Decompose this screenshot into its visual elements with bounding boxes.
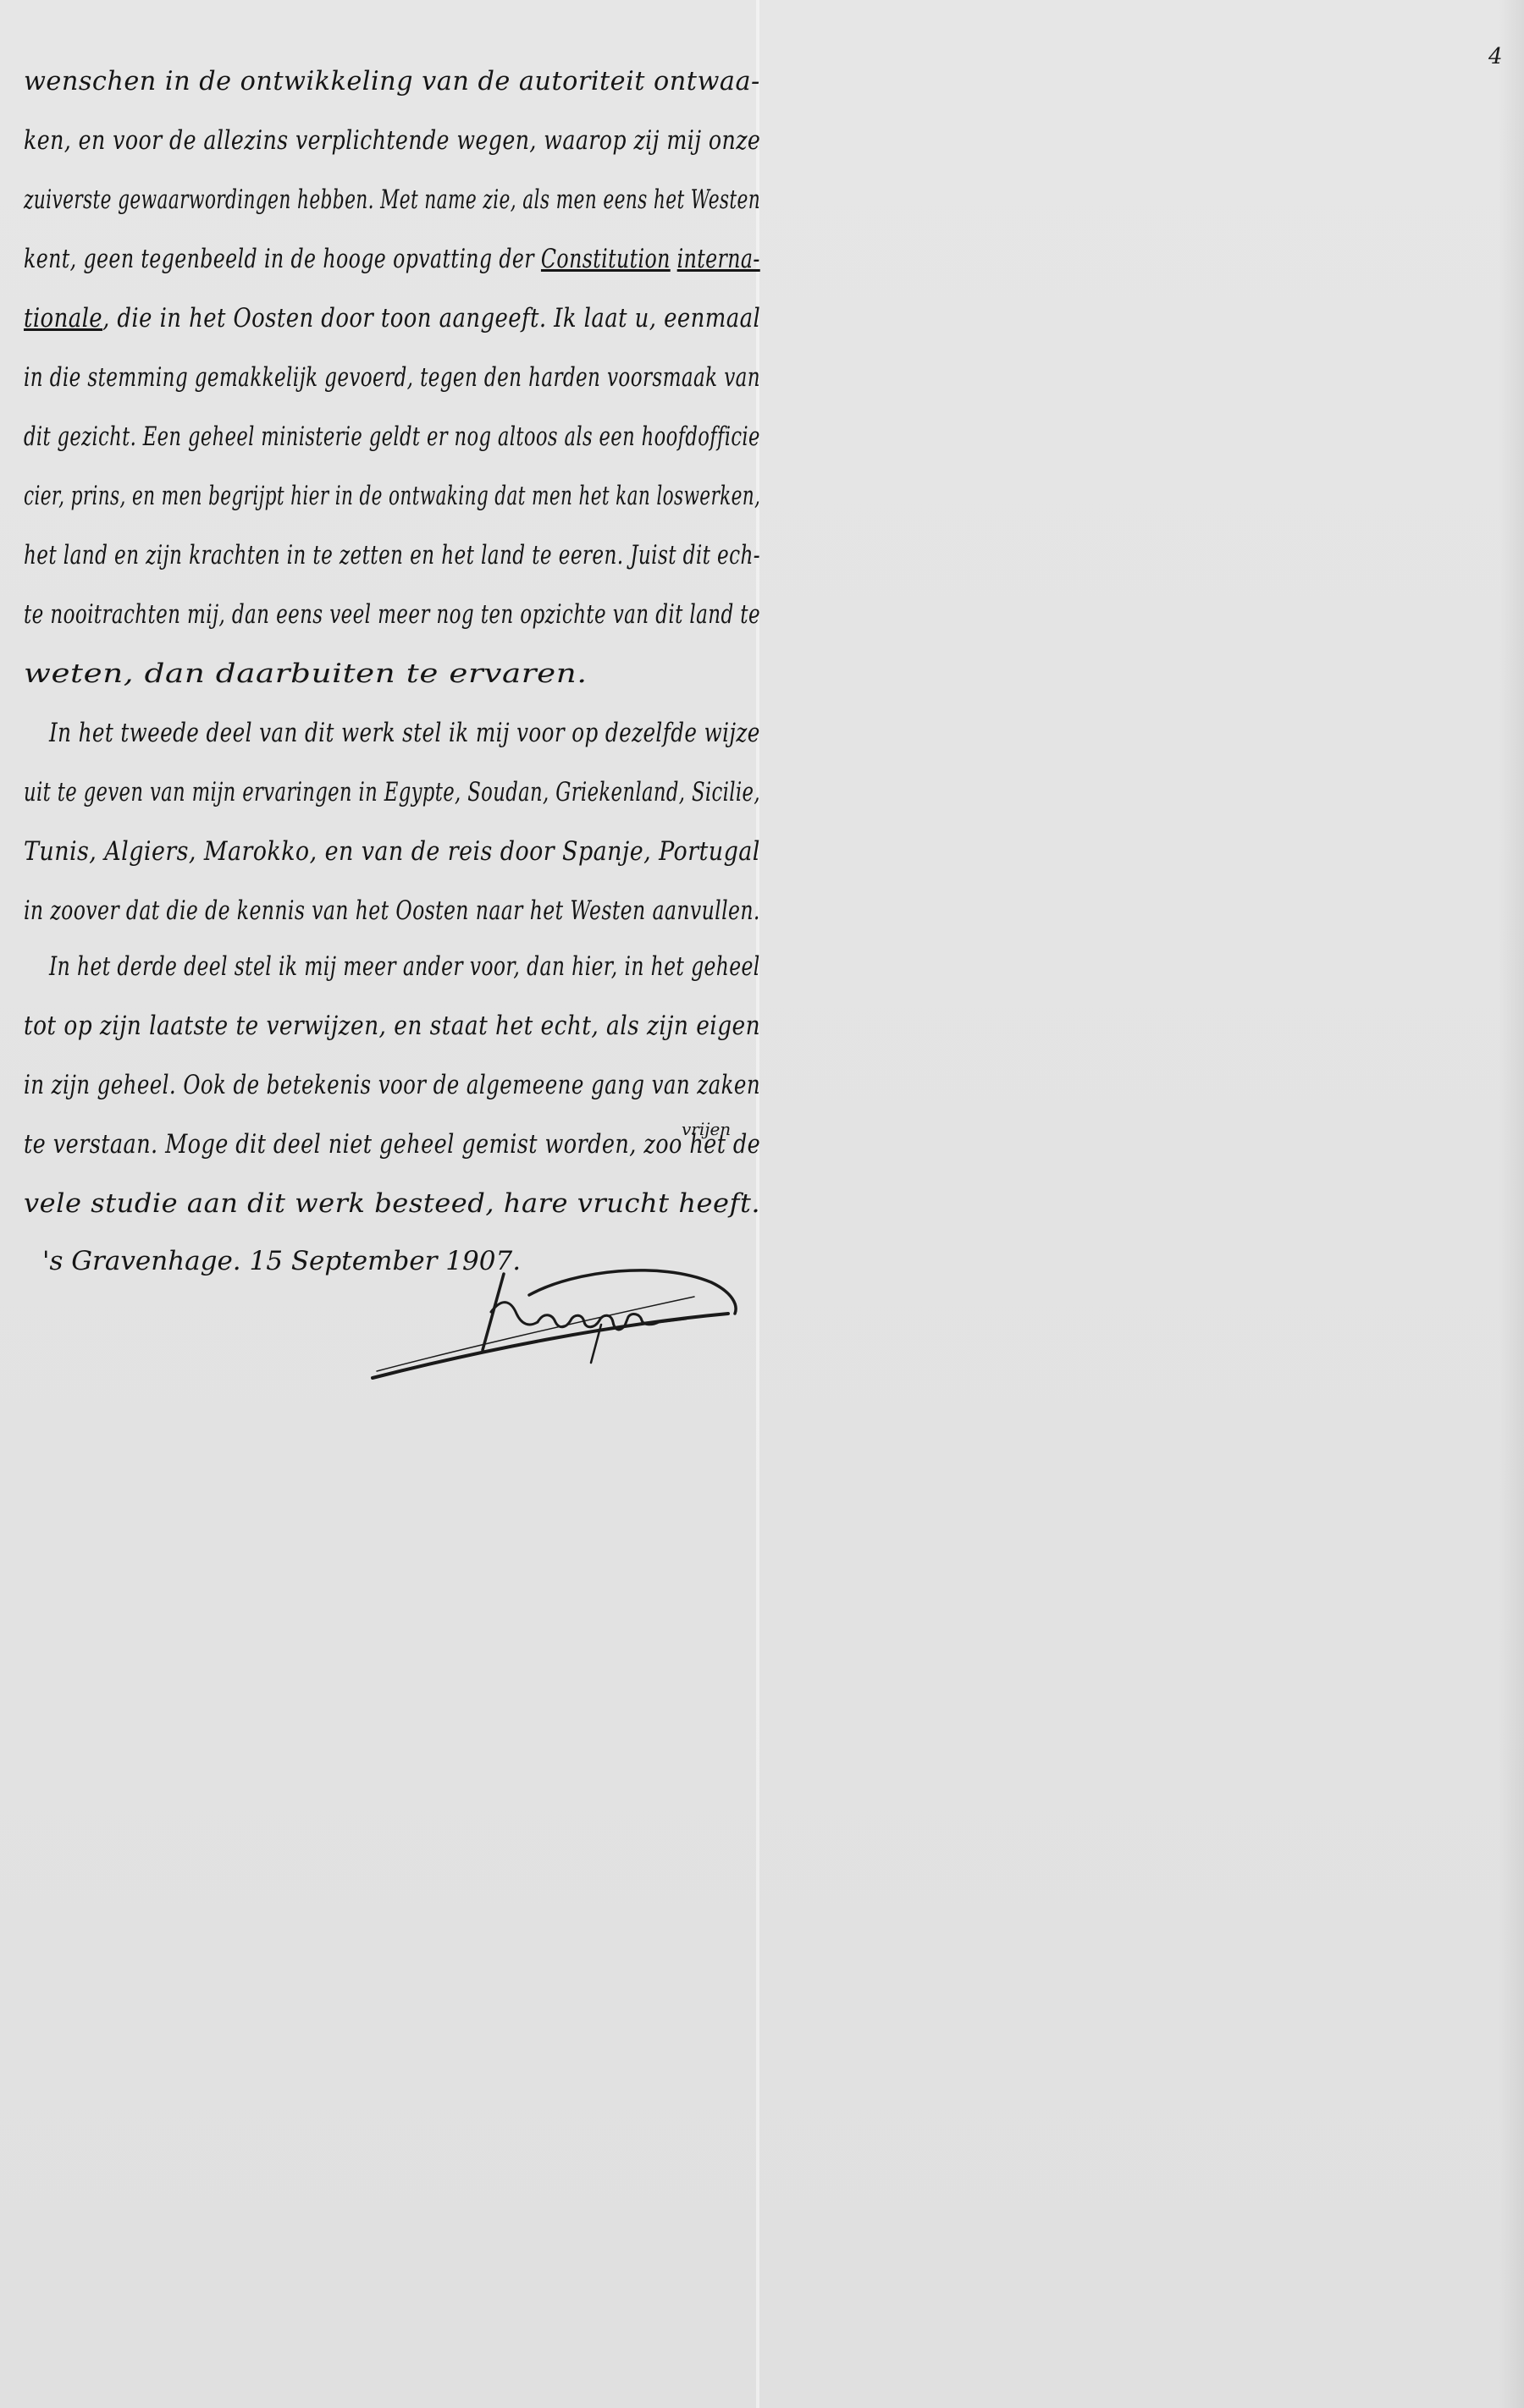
text-line: tionale, die in het Oosten door toon aan…	[24, 303, 760, 333]
text-line: wenschen in de ontwikkeling van de autor…	[24, 66, 760, 96]
text-line: het land en zijn krachten in te zetten e…	[24, 540, 760, 570]
signature	[356, 1244, 745, 1380]
underlined-word: Constitution	[541, 244, 671, 274]
text-line: In het derde deel stel ik mij meer ander…	[49, 951, 760, 982]
text-line: Tunis, Algiers, Marokko, en van de reis …	[24, 836, 760, 867]
text-line: cier, prins, en men begrijpt hier in de …	[24, 481, 760, 511]
interlinear-insertion: vrijen	[682, 1119, 731, 1139]
document-page: 4 wenschen in de ontwikkeling van de aut…	[0, 0, 1524, 2408]
underlined-word: interna-	[677, 244, 760, 274]
text-line: ken, en voor de allezins verplichtende w…	[24, 125, 760, 156]
text-line: in zijn geheel. Ook de betekenis voor de…	[24, 1070, 760, 1100]
text-line: uit te geven van mijn ervaringen in Egyp…	[24, 777, 760, 807]
page-number: 4	[1488, 44, 1503, 69]
text-line-part: kent, geen tegenbeeld in de hooge opvatt…	[24, 244, 760, 274]
underlined-word: tionale	[24, 303, 102, 333]
text-line: te nooitrachten mij, dan eens veel meer …	[24, 599, 760, 630]
text-line: in zoover dat die de kennis van het Oost…	[24, 895, 760, 926]
text-line: In het tweede deel van dit werk stel ik …	[49, 718, 760, 748]
text-line: in die stemming gemakkelijk gevoerd, teg…	[24, 362, 760, 393]
text-line: dit gezicht. Een geheel ministerie geldt…	[24, 422, 760, 452]
text-line: weten, dan daarbuiten te ervaren.	[24, 658, 588, 689]
text-line: vele studie aan dit werk besteed, hare v…	[24, 1188, 760, 1219]
text-line: zuiverste gewaarwordingen hebben. Met na…	[24, 185, 760, 215]
text-line: kent, geen tegenbeeld in de hooge opvatt…	[24, 244, 760, 274]
text-line-part: tionale, die in het Oosten door toon aan…	[24, 303, 760, 333]
text-line: te verstaan. Moge dit deel niet geheel g…	[24, 1129, 760, 1160]
text-line: tot op zijn laatste te verwijzen, en sta…	[24, 1011, 760, 1041]
